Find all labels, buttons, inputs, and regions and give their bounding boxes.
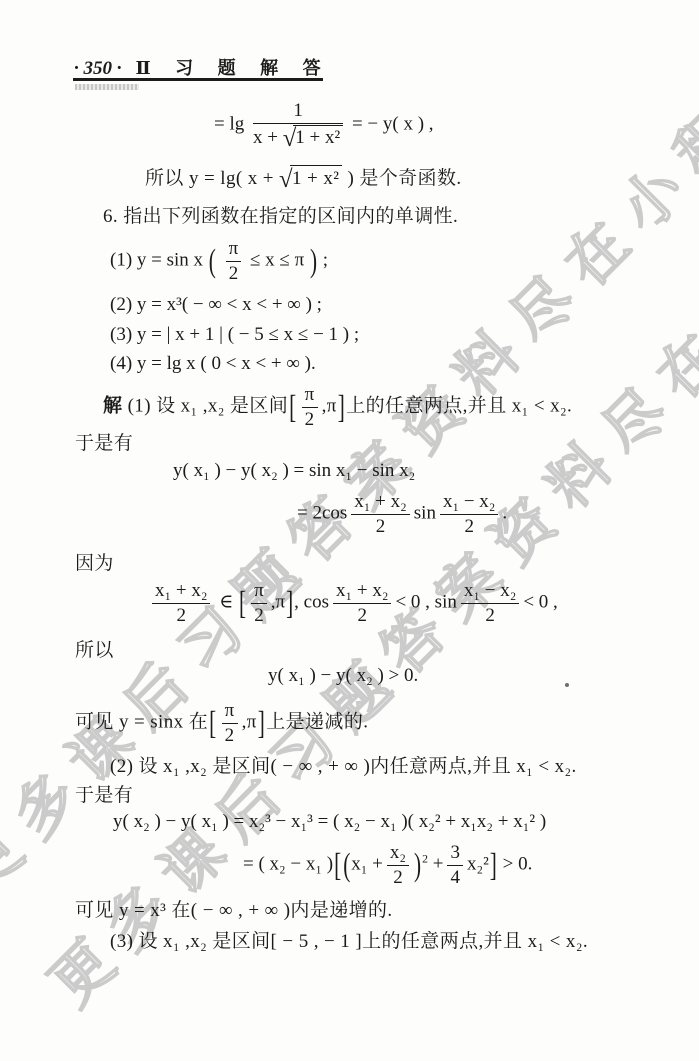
open-bracket: [ [238,582,247,625]
fraction-pi-2: π2 [226,238,242,285]
fraction-sum: x₁ + x₂2 [351,491,409,538]
fraction-sum-2: x₁ + x₂2 [333,580,391,627]
math-line-lg-fraction: = lg 1x + √1 + x² = − y( x ) , [214,100,434,150]
fraction: 1x + √1 + x² [253,100,343,150]
conclusion-odd-function: 所以 y = lg( x + √1 + x² ) 是个奇函数. [145,165,462,192]
solution-part-3-setup: (3) 设 x₁ ,x₂ 是区间[ − 5 , − 1 ]上的任意两点,并且 x… [110,930,588,955]
equals-lg: = lg [214,113,244,134]
fraction-pi-2: π2 [251,580,267,627]
open-bracket: [ [208,702,217,745]
fraction-pi-2: π2 [222,700,238,747]
fraction-pi-2: π2 [302,384,318,431]
solution-part-1-setup: 解 (1) 设 x₁ ,x₂ 是区间[π2,π]上的任意两点,并且 x₁ < x… [103,384,572,431]
close-bracket: ] [337,386,346,429]
print-smudge [75,84,139,90]
solve-label: 解 [103,396,122,417]
therefore-label: 所以 [75,639,114,664]
math-cubic-difference: y( x₂ ) − y( x₁ ) = x₂³ − x₁³ = ( x₂ − x… [113,810,546,835]
math-product-formula: = 2cosx₁ + x₂2sinx₁ − x₂2. [297,491,507,538]
denominator: x + √1 + x² [253,124,343,150]
solution-part-2-setup: (2) 设 x₁ ,x₂ 是区间( − ∞ , + ∞ )内任意两点,并且 x₁… [110,755,577,780]
math-positive-difference: y( x₁ ) − y( x₂ ) > 0. [268,664,418,689]
problem-6-item-3: (3) y = | x + 1 | ( − 5 ≤ x ≤ − 1 ) ; [110,323,359,348]
fraction-diff: x₁ − x₂2 [440,491,498,538]
close-bracket: ] [285,582,294,625]
element-of: ∈ [219,592,233,613]
open-paren: ( [342,844,351,887]
numerator: 1 [253,100,343,124]
fraction-sum: x₁ + x₂2 [152,580,210,627]
conclusion-increasing: 可见 y = x³ 在( − ∞ , + ∞ )内是递增的. [75,899,393,924]
scan-speck [565,683,569,687]
problem-6-item-2: (2) y = x³( − ∞ < x < + ∞ ) ; [110,293,322,318]
because-label: 因为 [75,552,114,577]
close-square-bracket: ] [489,844,498,887]
then-we-have-1: 于是有 [75,432,133,457]
problem-6-item-1: (1) y = sin x ( π2 ≤ x ≤ π ) ; [110,238,328,285]
scanned-textbook-page: 更多课后习题答案资料尽在小程序 更多课后习题答案资料尽在小程序 · 350 ·Ⅱ… [0,0,699,1061]
math-interval-conditions: x₁ + x₂2 ∈ [π2,π], cosx₁ + x₂2< 0 , sinx… [148,580,558,627]
fraction-x2-2: x₂2 [387,842,409,889]
sqrt-radical: √1 + x² [283,125,343,150]
open-square-bracket: [ [333,844,342,887]
page-header: · 350 ·Ⅱ 习 题 解 答 [74,54,331,80]
open-paren: ( [208,240,217,283]
sqrt-radical: √1 + x² [279,165,342,192]
close-paren: ) [413,844,422,887]
math-sin-difference: y( x₁ ) − y( x₂ ) = sin x₁ − sin x₂ [173,459,415,484]
problem-6-title: 6. 指出下列函数在指定的区间内的单调性. [103,205,458,230]
chapter-title: Ⅱ 习 题 解 答 [136,58,331,78]
exponent-2: 2 [422,852,428,865]
header-rule [73,78,323,81]
page-number: · 350 · [74,58,122,79]
conclusion-decreasing: 可见 y = sinx 在[π2,π]上是递减的. [75,700,368,747]
fraction-3-4: 34 [447,842,463,889]
then-we-have-2: 于是有 [75,784,133,809]
math-cubic-factored: = ( x₂ − x₁ )[(x₁ +x₂2)2 +34x₂²] > 0. [243,842,532,889]
close-paren: ) [309,240,318,283]
open-bracket: [ [288,386,297,429]
problem-6-item-4: (4) y = lg x ( 0 < x < + ∞ ). [110,352,316,377]
close-bracket: ] [257,702,266,745]
fraction-diff: x₁ − x₂2 [461,580,519,627]
